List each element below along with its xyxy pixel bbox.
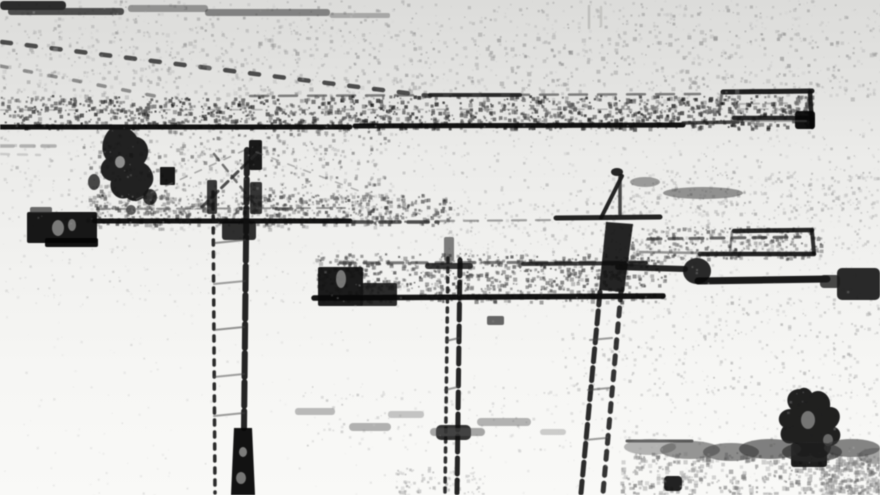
grain-dot <box>68 189 71 192</box>
grain-dot <box>238 134 241 137</box>
grain-dot <box>180 147 184 151</box>
grain-dot <box>646 347 649 350</box>
grain-dot <box>79 57 81 59</box>
grain-dot <box>803 38 806 41</box>
grain-dot <box>649 127 653 131</box>
grain-dot <box>757 137 759 139</box>
grain-dot <box>46 56 47 57</box>
grain-dot <box>725 95 727 97</box>
grain-dot <box>595 223 598 226</box>
grain-dot <box>324 148 328 152</box>
grain-dot <box>443 62 445 64</box>
grain-dot <box>376 129 378 131</box>
grain-dot <box>808 322 811 325</box>
grain-dot <box>660 8 663 11</box>
grain-dot <box>149 171 150 172</box>
grain-dot <box>736 144 739 147</box>
grain-dot <box>53 190 54 191</box>
grain-dot <box>416 174 417 175</box>
grain-dot <box>182 115 184 117</box>
grain-dot <box>493 209 494 210</box>
grain-dot <box>396 117 400 121</box>
grain-dot <box>634 257 637 260</box>
grain-dot <box>119 4 121 6</box>
grain-dot <box>776 129 778 131</box>
grain-dot <box>498 335 500 337</box>
grain-dot <box>109 203 112 206</box>
grain-dot <box>132 50 135 53</box>
grain-dot <box>40 34 42 36</box>
grain-dot <box>285 19 287 21</box>
grain-dot <box>806 102 809 105</box>
grain-dot <box>533 118 537 122</box>
grain-dot <box>582 39 586 43</box>
grain-dot <box>402 213 404 215</box>
grain-dot <box>291 31 292 32</box>
grain-dot <box>239 192 241 194</box>
grain-dot <box>651 96 655 100</box>
grain-dot <box>262 201 263 202</box>
grain-dot <box>401 132 402 133</box>
grain-dot <box>718 318 721 321</box>
grain-dot <box>607 358 610 361</box>
grain-dot <box>742 308 745 311</box>
grain-dot <box>545 122 547 124</box>
grain-dot <box>689 489 692 492</box>
grain-dot <box>753 326 756 329</box>
grain-dot <box>278 52 280 54</box>
grain-dot <box>297 38 299 40</box>
grain-dot <box>704 211 706 213</box>
grain-dot <box>553 254 555 256</box>
grain-dot <box>522 492 524 494</box>
grain-dot <box>92 95 94 97</box>
grain-dot <box>762 27 763 28</box>
grain-dot <box>380 258 383 261</box>
grain-dot <box>598 394 600 396</box>
grain-dot <box>674 110 677 113</box>
grain-dot <box>658 466 661 469</box>
grain-dot <box>641 197 643 199</box>
grain-dot <box>222 111 225 114</box>
grain-dot <box>839 86 842 89</box>
grain-dot <box>800 270 801 271</box>
grain-dot <box>553 395 554 396</box>
grain-dot <box>674 332 676 334</box>
grain-dot <box>624 354 626 356</box>
grain-dot <box>307 445 309 447</box>
grain-dot <box>315 30 318 33</box>
grain-dot <box>306 202 308 204</box>
grain-dot <box>49 53 51 55</box>
grain-dot <box>601 429 603 431</box>
grain-dot <box>604 16 607 19</box>
grain-dot <box>578 266 580 268</box>
grain-dot <box>521 91 524 94</box>
grain-dot <box>415 443 417 445</box>
grain-dot <box>48 296 49 297</box>
grain-dot <box>187 258 189 260</box>
grain-dot <box>172 143 174 145</box>
grain-dot <box>177 186 180 189</box>
grain-dot <box>721 275 724 278</box>
grain-dot <box>532 1 533 2</box>
grain-dot <box>685 349 687 351</box>
grain-dot <box>396 370 397 371</box>
grain-dot <box>30 179 33 182</box>
grain-dot <box>545 116 547 118</box>
grain-dot <box>659 49 661 51</box>
grain-dot <box>615 42 619 46</box>
grain-dot <box>420 53 422 55</box>
grain-dot <box>237 28 239 30</box>
grain-dot <box>649 116 652 119</box>
grain-dot <box>821 21 824 24</box>
grain-dot <box>618 351 620 353</box>
grain-dot <box>524 179 527 182</box>
grain-dot <box>659 194 662 197</box>
grain-dot <box>655 301 658 304</box>
grain-dot <box>164 0 166 2</box>
grain-dot <box>830 489 833 492</box>
grain-dot <box>680 204 683 207</box>
grain-dot <box>289 23 292 26</box>
grain-dot <box>102 212 104 214</box>
grain-dot <box>528 23 531 26</box>
grain-dot <box>174 241 175 242</box>
grain-dot <box>92 73 94 75</box>
grain-dot <box>562 97 564 99</box>
grain-dot <box>148 65 150 67</box>
grain-dot <box>164 98 167 101</box>
grain-dot <box>755 95 758 98</box>
grain-dot <box>556 104 558 106</box>
grain-dot <box>285 86 287 88</box>
grain-dot <box>588 226 589 227</box>
grain-dot <box>215 171 218 174</box>
grain-dot <box>277 134 280 137</box>
grain-dot <box>550 115 553 118</box>
grain-dot <box>664 363 666 365</box>
grain-dot <box>186 114 188 116</box>
grain-dot <box>208 253 209 254</box>
grain-dot <box>441 155 443 157</box>
grain-dot <box>42 87 43 88</box>
grain-dot <box>74 61 76 63</box>
grain-dot <box>765 244 768 247</box>
grain-dot <box>251 118 254 121</box>
grain-dot <box>506 219 509 222</box>
grain-dot <box>277 162 281 166</box>
grain-dot <box>591 141 592 142</box>
grain-dot <box>736 45 740 49</box>
grain-dot <box>577 388 580 391</box>
grain-dot <box>665 435 667 437</box>
grain-dot <box>690 207 692 209</box>
grain-dot <box>497 257 499 259</box>
grain-dot <box>492 241 494 243</box>
grain-dot <box>683 473 685 475</box>
grain-dot <box>351 247 353 249</box>
grain-dot <box>27 80 31 84</box>
grain-dot <box>240 109 242 111</box>
grain-dot <box>688 476 690 478</box>
grain-dot <box>156 362 157 363</box>
grain-dot <box>733 476 737 480</box>
grain-dot <box>403 64 405 66</box>
grain-dot <box>316 72 318 74</box>
grain-dot <box>438 280 441 283</box>
grain-dot <box>28 37 30 39</box>
grain-dot <box>591 59 593 61</box>
grain-dot <box>406 468 408 470</box>
grain-dot <box>856 329 859 332</box>
grain-dot <box>325 174 328 177</box>
grain-dot <box>265 30 266 31</box>
grain-dot <box>660 112 662 114</box>
grain-dot <box>425 304 426 305</box>
grain-dot <box>872 253 873 254</box>
grain-dot <box>703 334 706 337</box>
grain-dot <box>661 188 663 190</box>
grain-dot <box>575 208 578 211</box>
grain-dot <box>113 105 115 107</box>
grain-dot <box>705 417 706 418</box>
grain-dot <box>535 58 537 60</box>
grain-dot <box>63 104 64 106</box>
grain-dot <box>156 140 159 143</box>
grain-dot <box>861 462 864 465</box>
grain-dot <box>132 297 133 298</box>
grain-dot <box>731 227 733 229</box>
grain-dot <box>534 448 536 450</box>
grain-dot <box>68 58 70 60</box>
grain-dot <box>711 296 713 298</box>
grain-dot <box>1 45 3 47</box>
grain-dot <box>869 216 872 219</box>
grain-dot <box>652 459 655 462</box>
grain-dot <box>865 180 867 182</box>
grain-dot <box>206 98 209 101</box>
grain-dot <box>458 244 460 246</box>
grain-dot <box>811 196 814 199</box>
grain-dot <box>261 101 264 104</box>
grain-dot <box>749 81 752 84</box>
grain-dot <box>315 76 317 78</box>
grain-dot <box>789 476 791 478</box>
grain-dot <box>790 389 792 391</box>
grain-dot <box>307 424 308 425</box>
grain-dot <box>243 135 245 137</box>
grain-dot <box>563 106 567 110</box>
grain-dot <box>558 51 561 54</box>
grain-dot <box>817 387 818 388</box>
grain-dot <box>165 213 168 216</box>
grain-dot <box>411 121 413 123</box>
grain-dot <box>299 34 301 36</box>
grain-dot <box>333 159 335 161</box>
grain-dot <box>552 90 555 93</box>
grain-dot <box>27 435 29 437</box>
grain-dot <box>511 434 514 437</box>
grain-dot <box>264 35 265 36</box>
grain-dot <box>640 99 643 102</box>
grain-dot <box>318 67 321 70</box>
grain-dot <box>701 105 705 109</box>
grain-dot <box>291 153 293 155</box>
grain-dot <box>664 79 667 82</box>
grain-dot <box>788 52 790 54</box>
grain-dot <box>505 283 508 286</box>
grain-dot <box>147 457 148 458</box>
grain-dot <box>659 354 662 357</box>
grain-dot <box>314 0 316 2</box>
grain-dot <box>870 176 873 179</box>
grain-dot <box>406 283 408 285</box>
grain-dot <box>704 153 705 154</box>
grain-dot <box>321 252 323 254</box>
grain-dot <box>353 211 355 213</box>
grain-dot <box>488 287 491 290</box>
grain-dot <box>137 210 139 212</box>
grain-dot <box>362 143 365 146</box>
grain-dot <box>166 201 170 205</box>
grain-dot <box>195 203 199 207</box>
grain-dot <box>655 120 657 122</box>
grain-dot <box>143 35 145 37</box>
grain-dot <box>342 97 346 101</box>
grain-dot <box>604 229 606 231</box>
grain-dot <box>866 489 869 492</box>
grain-dot <box>425 231 427 233</box>
grain-dot <box>356 284 357 285</box>
grain-dot <box>570 377 573 380</box>
mast-b-rung <box>214 281 245 284</box>
grain-dot <box>19 63 21 65</box>
grain-dot <box>372 56 373 57</box>
grain-dot <box>754 422 755 423</box>
grain-dot <box>376 204 378 206</box>
grain-dot <box>749 239 751 241</box>
grain-dot <box>73 387 74 388</box>
grain-dot <box>555 394 558 397</box>
grain-dot <box>421 200 425 204</box>
grain-dot <box>99 73 101 75</box>
grain-dot <box>126 289 129 292</box>
grain-dot <box>477 436 479 438</box>
grain-dot <box>798 205 800 207</box>
grain-dot <box>257 123 259 125</box>
grain-dot <box>606 301 610 305</box>
grain-dot <box>461 156 463 158</box>
grain-dot <box>337 297 339 299</box>
grain-dot <box>267 190 269 192</box>
grain-dot <box>773 331 775 333</box>
grain-dot <box>335 259 339 263</box>
grain-dot <box>200 142 203 145</box>
grain-dot <box>824 484 828 488</box>
grain-dot <box>556 85 558 87</box>
grain-dot <box>419 254 421 256</box>
grain-dot <box>725 205 728 208</box>
grain-dot <box>848 203 849 204</box>
grain-dot <box>139 298 141 300</box>
grain-dot <box>780 203 782 205</box>
grain-dot <box>533 208 536 211</box>
grain-dot <box>473 493 474 494</box>
grain-dot <box>51 160 53 162</box>
grain-dot <box>90 447 92 449</box>
grain-dot <box>337 401 338 402</box>
grain-dot <box>409 434 412 437</box>
grain-dot <box>697 205 700 208</box>
grain-dot <box>582 402 585 405</box>
grain-dot <box>696 470 699 473</box>
grain-dot <box>313 212 315 214</box>
grain-dot <box>727 77 729 79</box>
grain-dot <box>796 210 798 212</box>
grain-dot <box>789 94 791 96</box>
grain-dot <box>537 271 539 273</box>
grain-dot <box>415 264 417 266</box>
grain-dot <box>410 21 412 23</box>
grain-dot <box>795 49 798 52</box>
grain-dot <box>705 170 707 172</box>
grain-dot <box>153 445 155 447</box>
grain-dot <box>772 55 774 57</box>
grain-dot <box>409 481 411 483</box>
grain-dot <box>615 112 618 115</box>
grain-dot <box>647 45 650 48</box>
grain-dot <box>344 106 346 108</box>
grain-dot <box>756 159 759 162</box>
grain-dot <box>45 254 47 256</box>
grain-dot <box>241 63 245 67</box>
grain-dot <box>704 248 705 249</box>
grain-dot <box>234 103 236 105</box>
grain-dot <box>126 26 128 28</box>
grain-dot <box>449 230 452 233</box>
grain-dot <box>638 33 641 36</box>
grain-dot <box>414 282 416 284</box>
grain-dot <box>237 175 239 177</box>
grain-dot <box>513 272 516 275</box>
grain-dot <box>825 37 828 40</box>
grain-dot <box>802 146 804 148</box>
grain-dot <box>293 85 295 87</box>
grain-dot <box>771 309 773 311</box>
grain-dot <box>532 112 534 114</box>
grain-dot <box>849 451 850 452</box>
grain-dot <box>631 71 633 73</box>
grain-dot <box>409 41 411 43</box>
grain-dot <box>233 213 235 215</box>
grain-dot <box>657 260 660 263</box>
grain-dot <box>321 111 324 114</box>
grain-dot <box>714 336 716 338</box>
grain-dot <box>713 393 715 395</box>
grain-dot <box>402 392 404 394</box>
grain-dot <box>785 105 787 107</box>
grain-dot <box>108 71 111 74</box>
grain-dot <box>725 171 727 173</box>
grain-dot <box>188 284 190 286</box>
grain-dot <box>506 292 509 295</box>
grain-dot <box>854 485 857 488</box>
grain-dot <box>833 251 835 253</box>
grain-dot <box>717 389 719 391</box>
grain-dot <box>501 408 502 409</box>
